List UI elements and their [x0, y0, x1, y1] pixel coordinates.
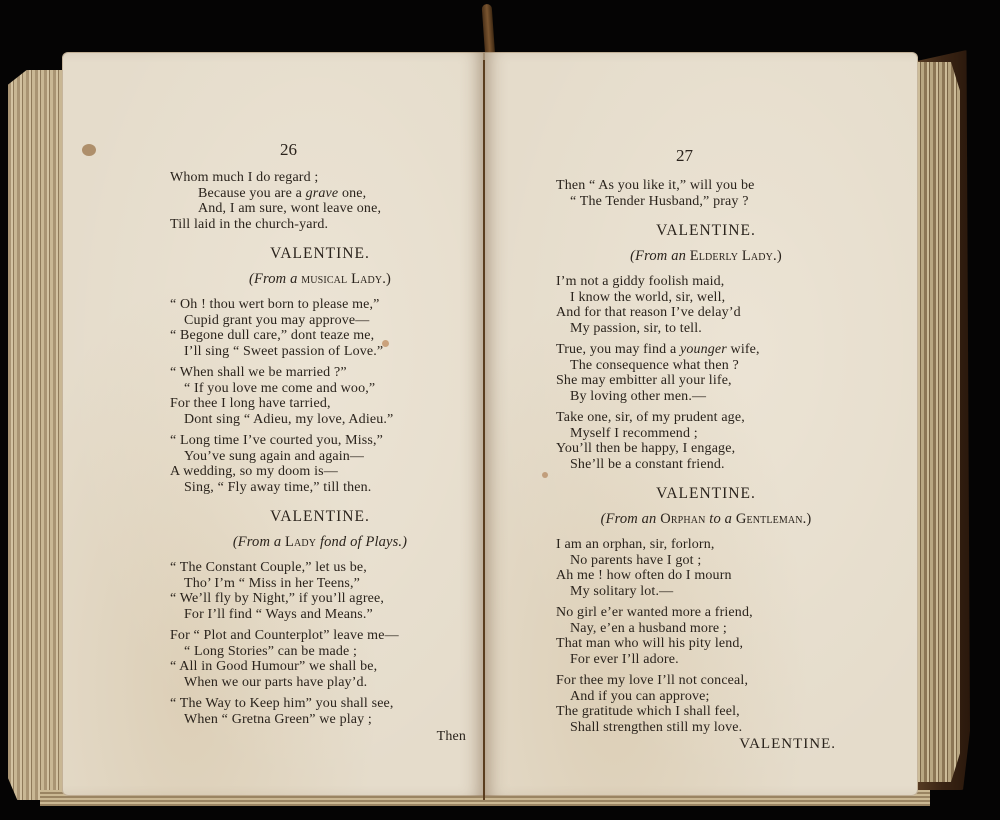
verse-line: I’ll sing “ Sweet passion of Love.” [170, 344, 470, 360]
verse-line: The gratitude which I shall feel, [556, 704, 876, 720]
verse-line: No girl e’er wanted more a friend, [556, 605, 876, 621]
book-gutter [483, 60, 485, 800]
verse-line: Sing, “ Fly away time,” till then. [170, 480, 470, 496]
verse-line: And, I am sure, wont leave one, [170, 201, 470, 217]
poem-subtitle: (From a Lady fond of Plays.) [170, 535, 470, 551]
verse-line: That man who will his pity lend, [556, 636, 876, 652]
verse-line: “ All in Good Humour” we shall be, [170, 659, 470, 675]
verse-line: Ah me ! how often do I mourn [556, 568, 876, 584]
verse-line: When “ Gretna Green” we play ; [170, 712, 470, 728]
verse-line: True, you may find a younger wife, [556, 342, 876, 358]
verse-line: You’ve sung again and again— [170, 449, 470, 465]
verse-line: Take one, sir, of my prudent age, [556, 410, 876, 426]
poem-heading: VALENTINE. [170, 246, 470, 262]
verse-line: She’ll be a constant friend. [556, 457, 876, 473]
verse-line: For thee I long have tarried, [170, 396, 470, 412]
verse-line: You’ll then be happy, I engage, [556, 441, 876, 457]
verse-line: She may embitter all your life, [556, 373, 876, 389]
verse-line: For ever I’ll adore. [556, 652, 876, 668]
verse-line: And for that reason I’ve delay’d [556, 305, 876, 321]
right-page: 27 Then “ As you like it,” will you be “… [484, 52, 918, 796]
verse-line: Because you are a grave one, [170, 186, 470, 202]
verse-line: For “ Plot and Counterplot” leave me— [170, 628, 470, 644]
verse-line: I know the world, sir, well, [556, 290, 876, 306]
verse-line: By loving other men.— [556, 389, 876, 405]
foxing-stain [82, 144, 96, 156]
catchword: Then [170, 729, 470, 745]
verse-line: My solitary lot.— [556, 584, 876, 600]
right-fore-edge [915, 62, 960, 782]
verse-line: The consequence what then ? [556, 358, 876, 374]
verse-line: Till laid in the church-yard. [170, 217, 470, 233]
verse-line: “ The Way to Keep him” you shall see, [170, 696, 470, 712]
open-book-photo: 26 Whom much I do regard ; Because you a… [0, 0, 1000, 820]
poem-subtitle: (From an Elderly Lady.) [536, 249, 876, 265]
verse-line: Myself I recommend ; [556, 426, 876, 442]
verse-line: “ When shall we be married ?” [170, 365, 470, 381]
verse-line: And if you can approve; [556, 689, 876, 705]
catchword: VALENTINE. [556, 737, 876, 753]
verse-line: Whom much I do regard ; [170, 170, 470, 186]
poem-subtitle: (From an Orphan to a Gentleman.) [536, 512, 876, 528]
verse-line: I’m not a giddy foolish maid, [556, 274, 876, 290]
left-fore-edge [8, 70, 70, 800]
verse-line: “ If you love me come and woo,” [170, 381, 470, 397]
verse-line: “ Begone dull care,” dont teaze me, [170, 328, 470, 344]
verse-line: For I’ll find “ Ways and Means.” [170, 607, 470, 623]
verse-line: No parents have I got ; [556, 553, 876, 569]
foxing-stain [542, 472, 548, 478]
verse-line: Nay, e’en a husband more ; [556, 621, 876, 637]
verse-line: Then “ As you like it,” will you be [556, 178, 876, 194]
verse-line: Dont sing “ Adieu, my love, Adieu.” [170, 412, 470, 428]
verse-line: Tho’ I’m “ Miss in her Teens,” [170, 576, 470, 592]
verse-line: My passion, sir, to tell. [556, 321, 876, 337]
poem-heading: VALENTINE. [536, 223, 876, 239]
page-number: 27 [676, 146, 693, 166]
verse-line: “ The Tender Husband,” pray ? [556, 194, 876, 210]
poem-subtitle: (From a musical Lady.) [170, 272, 470, 288]
poem-heading: VALENTINE. [536, 486, 876, 502]
verse-line: I am an orphan, sir, forlorn, [556, 537, 876, 553]
verse-line: “ Oh ! thou wert born to please me,” [170, 297, 470, 313]
verse-line: “ The Constant Couple,” let us be, [170, 560, 470, 576]
right-page-text: Then “ As you like it,” will you be “ Th… [556, 178, 876, 753]
verse-line: Shall strengthen still my love. [556, 720, 876, 736]
page-number: 26 [280, 140, 297, 160]
poem-heading: VALENTINE. [170, 509, 470, 525]
left-page: 26 Whom much I do regard ; Because you a… [62, 52, 484, 796]
verse-line: A wedding, so my doom is— [170, 464, 470, 480]
left-page-text: Whom much I do regard ; Because you are … [170, 170, 470, 745]
verse-line: “ Long time I’ve courted you, Miss,” [170, 433, 470, 449]
verse-line: “ We’ll fly by Night,” if you’ll agree, [170, 591, 470, 607]
verse-line: For thee my love I’ll not conceal, [556, 673, 876, 689]
verse-line: When we our parts have play’d. [170, 675, 470, 691]
verse-line: “ Long Stories” can be made ; [170, 644, 470, 660]
verse-line: Cupid grant you may approve— [170, 313, 470, 329]
